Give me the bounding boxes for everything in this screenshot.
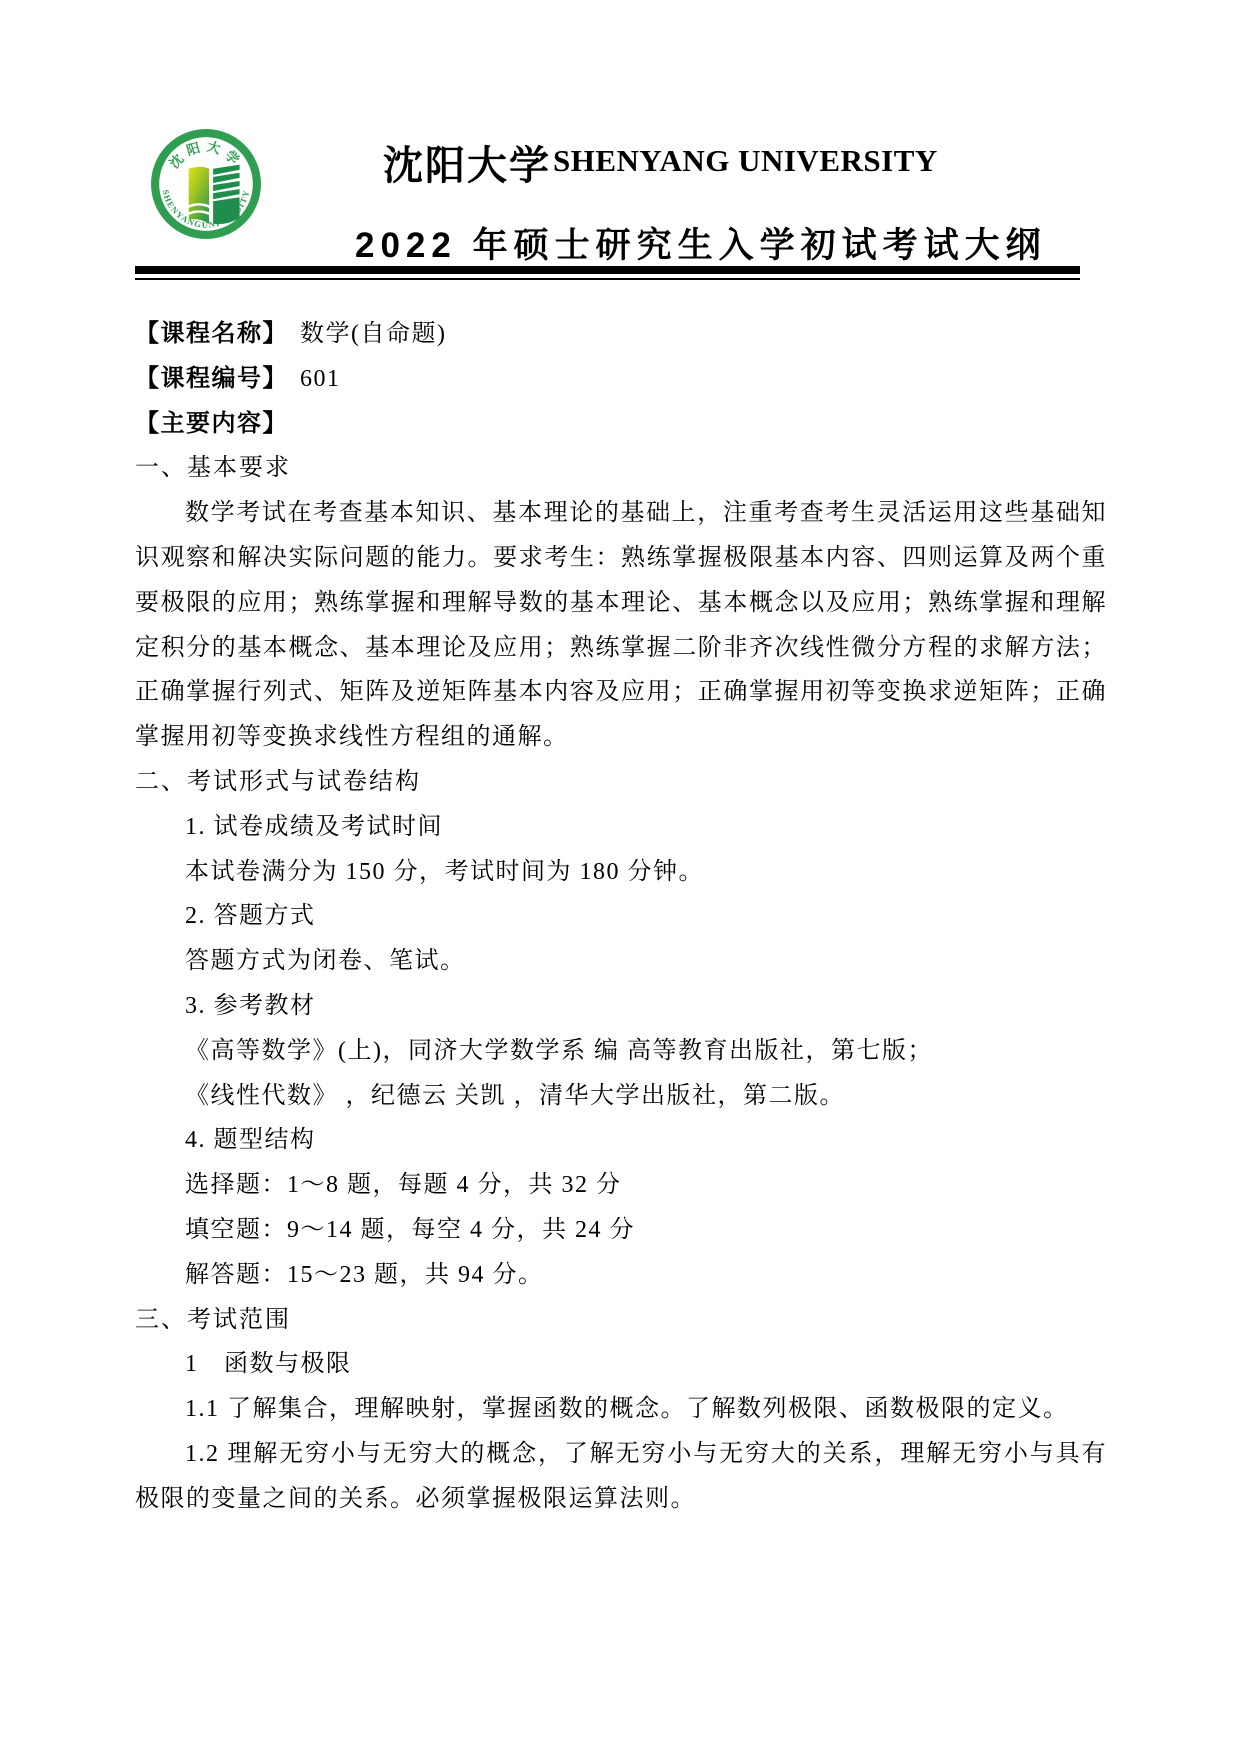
university-name-en: SHENYANG UNIVERSITY [553,143,938,179]
item-4-line-2: 填空题：9～14 题，每空 4 分，共 24 分 [135,1208,1107,1253]
topic-1-title: 1 函数与极限 [135,1342,1107,1387]
item-4-line-1: 选择题：1～8 题，每题 4 分，共 32 分 [135,1163,1107,1208]
header-rule-thin [135,278,1080,280]
item-1-title: 1. 试卷成绩及考试时间 [135,805,1107,850]
section-1-paragraph: 数学考试在考查基本知识、基本理论的基础上，注重考查考生灵活运用这些基础知识观察和… [135,491,1107,760]
document-title: 2022 年硕士研究生入学初试考试大纲 [355,218,1047,268]
item-3-reference-2: 《线性代数》 ，纪德云 关凯 ，清华大学出版社，第二版。 [135,1074,1107,1119]
item-2-title: 2. 答题方式 [135,894,1107,939]
item-3-reference-1: 《高等数学》(上)，同济大学数学系 编 高等教育出版社，第七版； [135,1029,1107,1074]
main-content-line: 【主要内容】 [135,402,1107,447]
section-1-heading: 一、基本要求 [135,446,1107,491]
course-name-line: 【课程名称】数学(自命题) [135,312,1107,357]
section-2-heading: 二、考试形式与试卷结构 [135,760,1107,805]
course-name-label: 【课程名称】 [135,321,288,347]
university-logo: 沈阳大学 SHENYANGUNIVERSITY [150,128,262,240]
page: 沈阳大学 SHENYANGUNIVERSITY 沈阳大学 SHENYANG UN… [0,0,1240,1754]
course-code-value: 601 [300,366,341,392]
item-4-line-3: 解答题：15～23 题，共 94 分。 [135,1253,1107,1298]
item-3-title: 3. 参考教材 [135,984,1107,1029]
item-1-text: 本试卷满分为 150 分，考试时间为 180 分钟。 [135,850,1107,895]
topic-1-point-2: 1.2 理解无穷小与无穷大的概念，了解无穷小与无穷大的关系，理解无穷小与具有极限… [135,1432,1107,1522]
header-rule-thick [135,266,1080,274]
document-body: 【课程名称】数学(自命题) 【课程编号】601 【主要内容】 一、基本要求 数学… [135,312,1107,1522]
university-name-cn: 沈阳大学 [383,134,551,191]
course-code-line: 【课程编号】601 [135,357,1107,402]
section-3-heading: 三、考试范围 [135,1298,1107,1343]
main-content-label: 【主要内容】 [135,411,288,437]
course-code-label: 【课程编号】 [135,366,288,392]
university-logo-icon: 沈阳大学 SHENYANGUNIVERSITY [150,128,262,240]
course-name-value: 数学(自命题) [300,321,446,347]
topic-1-point-1: 1.1 了解集合，理解映射，掌握函数的概念。了解数列极限、函数极限的定义。 [135,1387,1107,1432]
item-4-title: 4. 题型结构 [135,1118,1107,1163]
item-2-text: 答题方式为闭卷、笔试。 [135,939,1107,984]
